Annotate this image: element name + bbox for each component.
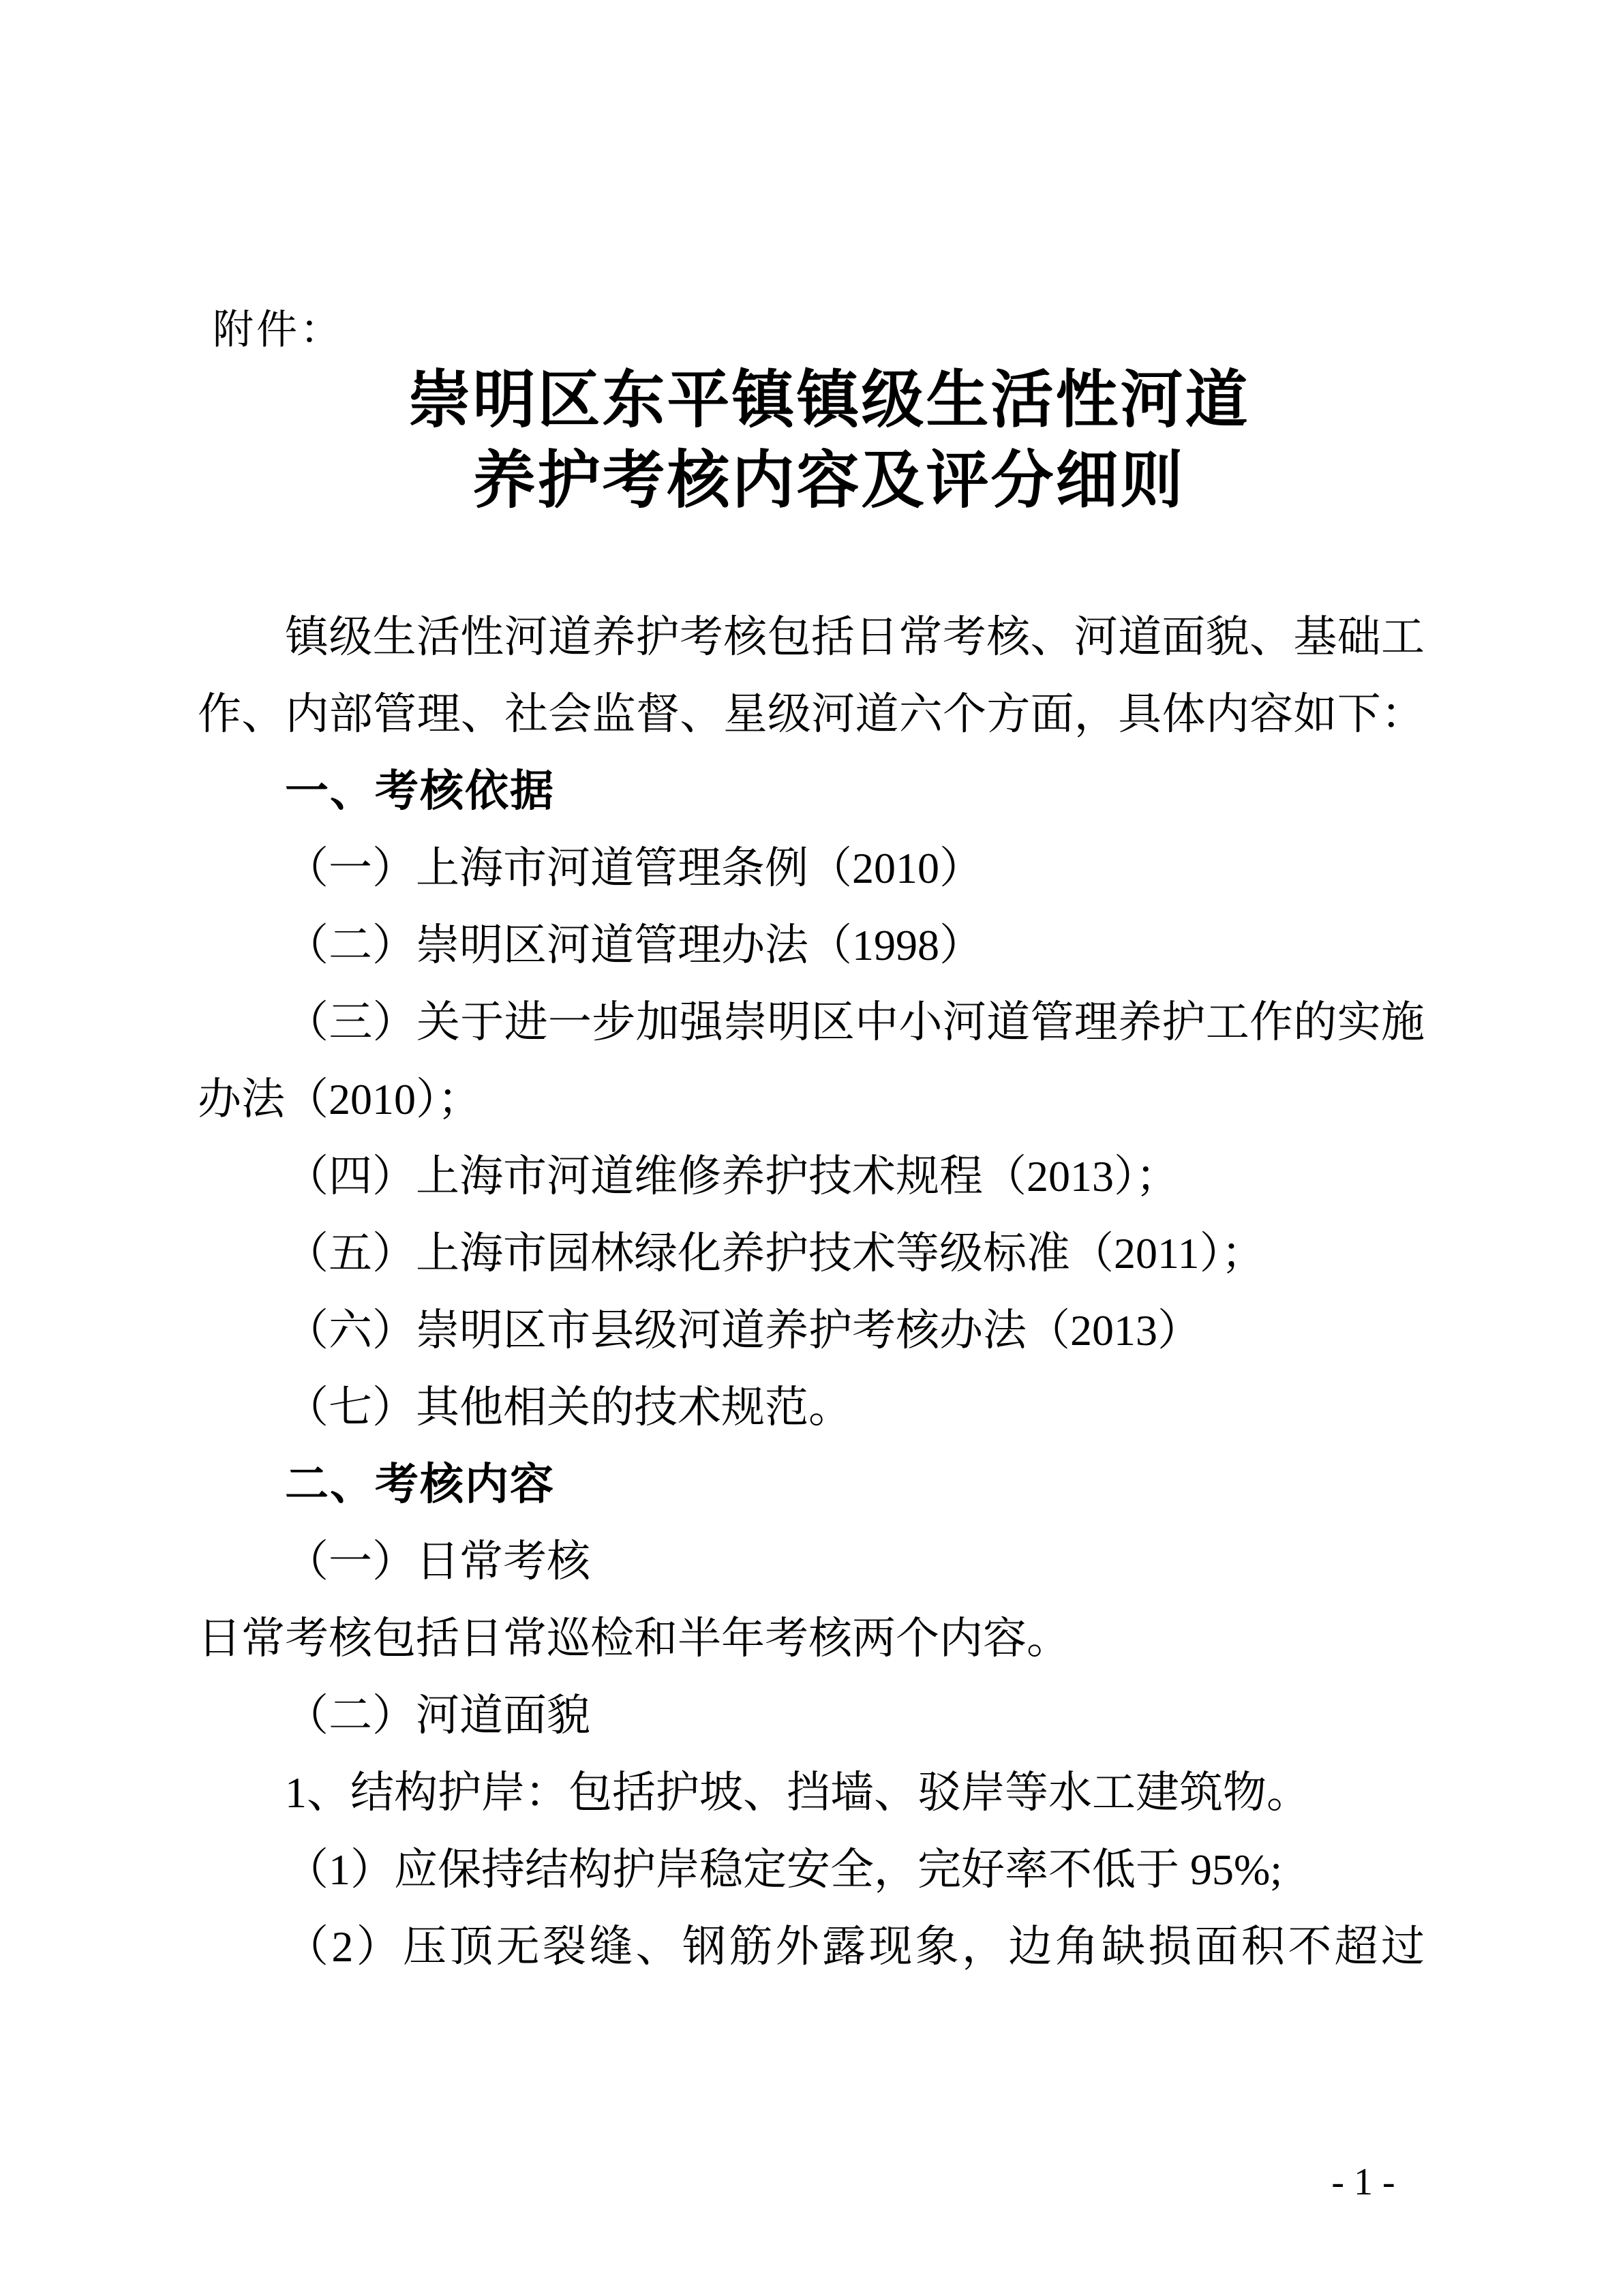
doc-title-line2: 养护考核内容及评分细则 xyxy=(215,440,1442,521)
section-heading-line: 二、考核内容 xyxy=(198,1446,1425,1523)
body-line: （五）上海市园林绿化养护技术等级标准（2011）； xyxy=(198,1215,1425,1292)
body-line: （四）上海市河道维修养护技术规程（2013）； xyxy=(198,1138,1425,1215)
doc-title: 崇明区东平镇镇级生活性河道 养护考核内容及评分细则 xyxy=(215,360,1442,521)
document-page: 附件： 崇明区东平镇镇级生活性河道 养护考核内容及评分细则 镇级生活性河道养护考… xyxy=(0,0,1623,2296)
attachment-label: 附件： xyxy=(213,305,344,354)
body-line: （一）日常考核 xyxy=(198,1523,1425,1600)
body-line: （1）应保持结构护岸稳定安全，完好率不低于 95%; xyxy=(198,1831,1425,1908)
body-line: （七）其他相关的技术规范。 xyxy=(198,1369,1425,1446)
body-line: 作、内部管理、社会监督、星级河道六个方面，具体内容如下： xyxy=(198,676,1425,753)
body-line: 日常考核包括日常巡检和半年考核两个内容。 xyxy=(198,1600,1425,1677)
body-line: （二）崇明区河道管理办法（1998） xyxy=(198,907,1425,984)
body-line: （六）崇明区市县级河道养护考核办法（2013） xyxy=(198,1292,1425,1369)
body-line: （一）上海市河道管理条例（2010） xyxy=(198,830,1425,907)
body-line: 镇级生活性河道养护考核包括日常考核、河道面貌、基础工 xyxy=(198,599,1425,676)
body-line: 1、结构护岸：包括护坡、挡墙、驳岸等水工建筑物。 xyxy=(198,1754,1425,1831)
body-line: 办法（2010）； xyxy=(198,1061,1425,1138)
page-number: - 1 - xyxy=(1281,2158,1445,2206)
body-lines: 镇级生活性河道养护考核包括日常考核、河道面貌、基础工作、内部管理、社会监督、星级… xyxy=(198,599,1425,1985)
body-line: （三）关于进一步加强崇明区中小河道管理养护工作的实施 xyxy=(198,984,1425,1061)
section-heading-line: 一、考核依据 xyxy=(198,753,1425,830)
doc-title-line1: 崇明区东平镇镇级生活性河道 xyxy=(215,360,1442,440)
body-line: （2）压顶无裂缝、钢筋外露现象，边角缺损面积不超过 xyxy=(198,1908,1425,1985)
body-line: （二）河道面貌 xyxy=(198,1677,1425,1754)
